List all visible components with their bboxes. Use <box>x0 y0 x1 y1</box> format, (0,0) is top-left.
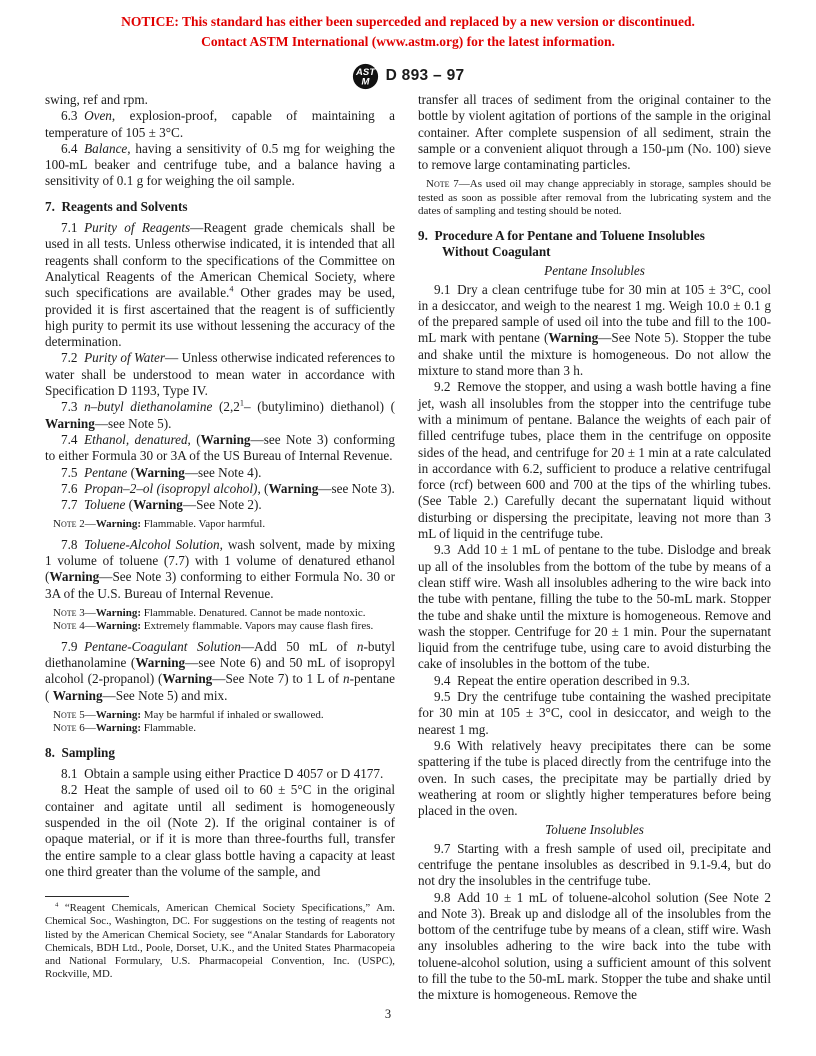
paragraph: 7.1 Purity of Reagents—Reagent grade che… <box>45 220 395 350</box>
section-heading: 7. Reagents and Solvents <box>45 199 395 215</box>
note-group: Note 2—Warning: Flammable. Vapor harmful… <box>45 518 395 531</box>
paragraph: 7.7 Toluene (Warning—See Note 2). <box>45 497 395 513</box>
page-number: 3 <box>0 1007 776 1022</box>
paragraph: transfer all traces of sediment from the… <box>418 92 771 173</box>
footnote-text: 4 “Reagent Chemicals, American Chemical … <box>45 902 395 981</box>
paragraph: swing, ref and rpm. <box>45 92 395 108</box>
notice-line-1: NOTICE: This standard has either been su… <box>0 12 816 32</box>
paragraph: 6.4 Balance, having a sensitivity of 0.5… <box>45 141 395 190</box>
paragraph: 8.1 Obtain a sample using either Practic… <box>45 766 395 782</box>
paragraph: 7.2 Purity of Water— Unless otherwise in… <box>45 350 395 399</box>
document-page: NOTICE: This standard has either been su… <box>0 0 816 1056</box>
paragraph: 7.9 Pentane-Coagulant Solution—Add 50 mL… <box>45 639 395 704</box>
note: Note 2—Warning: Flammable. Vapor harmful… <box>45 518 395 531</box>
paragraph: 9.7 Starting with a fresh sample of used… <box>418 841 771 890</box>
section-heading: 8. Sampling <box>45 745 395 761</box>
left-column: swing, ref and rpm.6.3 Oven, explosion-p… <box>45 92 395 1050</box>
note-group: Note 7—As used oil may change appreciabl… <box>418 178 771 218</box>
paragraph: 9.2 Remove the stopper, and using a wash… <box>418 379 771 542</box>
footnote-rule <box>45 896 129 897</box>
paragraph: 6.3 Oven, explosion-proof, capable of ma… <box>45 108 395 141</box>
note-group: Note 3—Warning: Flammable. Denatured. Ca… <box>45 607 395 634</box>
paragraph: 9.8 Add 10 ± 1 mL of toluene-alcohol sol… <box>418 890 771 1004</box>
right-column: transfer all traces of sediment from the… <box>418 92 771 1050</box>
paragraph: 9.1 Dry a clean centrifuge tube for 30 m… <box>418 282 771 380</box>
paragraph: 9.5 Dry the centrifuge tube containing t… <box>418 689 771 738</box>
note: Note 7—As used oil may change appreciabl… <box>418 178 771 218</box>
note: Note 5—Warning: May be harmful if inhale… <box>45 709 395 722</box>
supersession-notice: NOTICE: This standard has either been su… <box>0 0 816 52</box>
paragraph: 7.4 Ethanol, denatured, (Warning—see Not… <box>45 432 395 465</box>
paragraph: 9.3 Add 10 ± 1 mL of pentane to the tube… <box>418 542 771 672</box>
paragraph: 7.8 Toluene-Alcohol Solution, wash solve… <box>45 537 395 602</box>
svg-text:M: M <box>361 76 370 87</box>
paragraph: 9.4 Repeat the entire operation describe… <box>418 673 771 689</box>
footnote: 4 “Reagent Chemicals, American Chemical … <box>45 896 395 981</box>
paragraph: 8.2 Heat the sample of used oil to 60 ± … <box>45 782 395 880</box>
notice-line-2: Contact ASTM International (www.astm.org… <box>0 32 816 52</box>
note: Note 3—Warning: Flammable. Denatured. Ca… <box>45 607 395 620</box>
paragraph: 9.6 With relatively heavy precipitates t… <box>418 738 771 819</box>
subsection-title: Pentane Insolubles <box>418 263 771 279</box>
note: Note 6—Warning: Flammable. <box>45 722 395 735</box>
section-heading: 9. Procedure A for Pentane and Toluene I… <box>418 228 771 261</box>
subsection-title: Toluene Insolubles <box>418 822 771 838</box>
two-column-body: swing, ref and rpm.6.3 Oven, explosion-p… <box>45 92 771 1050</box>
paragraph: 7.3 n–butyl diethanolamine (2,21– (butyl… <box>45 399 395 432</box>
standard-designation: AST M D 893 – 97 <box>0 61 816 91</box>
designation-text: D 893 – 97 <box>386 67 465 85</box>
paragraph: 7.6 Propan–2–ol (isopropyl alcohol), (Wa… <box>45 481 395 497</box>
paragraph: 7.5 Pentane (Warning—see Note 4). <box>45 465 395 481</box>
note-group: Note 5—Warning: May be harmful if inhale… <box>45 709 395 736</box>
astm-logo-icon: AST M <box>352 63 379 90</box>
note: Note 4—Warning: Extremely flammable. Vap… <box>45 620 395 633</box>
